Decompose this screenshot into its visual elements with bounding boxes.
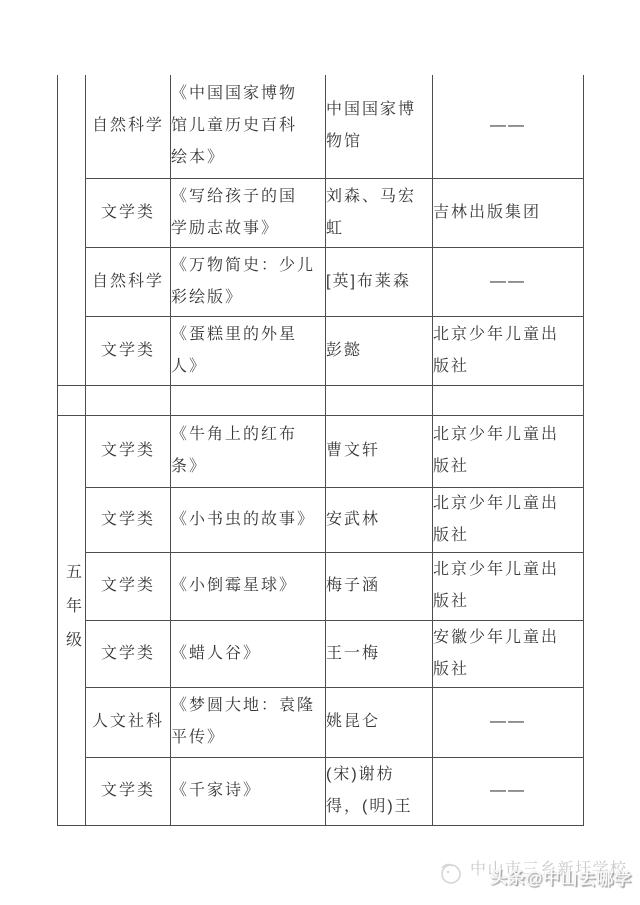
reading-list-table: 自然科学 《中国国家博物 馆儿童历史百科 绘本》 中国国家博 物馆 —— 文学类… xyxy=(57,75,584,826)
category-cell: 文学类 xyxy=(86,415,171,487)
grade-cell-upper xyxy=(58,75,86,385)
title-cell: 《千家诗》 xyxy=(171,757,326,825)
publisher-cell: 安徽少年儿童出 版社 xyxy=(433,620,584,687)
publisher-cell: 北京少年儿童出 版社 xyxy=(433,415,584,487)
title-cell: 《小倒霉星球》 xyxy=(171,552,326,620)
author-cell: 姚昆仑 xyxy=(326,687,433,757)
watermark-area: 中山市三乡新圩学校 头条@中山去哪学 xyxy=(438,853,640,903)
publisher-cell: 北京少年儿童出 版社 xyxy=(433,487,584,552)
title-cell: 《中国国家博物 馆儿童历史百科 绘本》 xyxy=(171,75,326,178)
empty-cell xyxy=(86,385,171,415)
title-cell: 《蛋糕里的外星 人》 xyxy=(171,316,326,385)
grade-label: 五年级 xyxy=(59,563,85,665)
title-cell: 《梦圆大地：袁隆 平传》 xyxy=(171,687,326,757)
category-cell: 自然科学 xyxy=(86,75,171,178)
category-cell: 人文社科 xyxy=(86,687,171,757)
author-cell: 曹文轩 xyxy=(326,415,433,487)
author-cell: 王一梅 xyxy=(326,620,433,687)
watermark-logo-icon xyxy=(438,860,464,886)
empty-cell xyxy=(433,385,584,415)
title-cell: 《万物简史：少儿 彩绘版》 xyxy=(171,247,326,316)
empty-cell xyxy=(58,385,86,415)
grade-cell-fifth-grade: 五年级 xyxy=(58,415,86,825)
publisher-cell: 北京少年儿童出 版社 xyxy=(433,316,584,385)
table-row: 人文社科 《梦圆大地：袁隆 平传》 姚昆仑 —— xyxy=(58,687,584,757)
author-cell: 安武林 xyxy=(326,487,433,552)
author-cell: 刘森、马宏 虹 xyxy=(326,178,433,247)
separator-row xyxy=(58,385,584,415)
reading-list-table-container: 自然科学 《中国国家博物 馆儿童历史百科 绘本》 中国国家博 物馆 —— 文学类… xyxy=(57,75,584,826)
table-row: 自然科学 《万物简史：少儿 彩绘版》 [英]布莱森 —— xyxy=(58,247,584,316)
author-cell: 彭懿 xyxy=(326,316,433,385)
toutiao-watermark-text: 头条@中山去哪学 xyxy=(490,863,632,890)
publisher-cell: —— xyxy=(433,75,584,178)
table-row: 文学类 《写给孩子的国 学励志故事》 刘森、马宏 虹 吉林出版集团 xyxy=(58,178,584,247)
publisher-cell: 北京少年儿童出 版社 xyxy=(433,552,584,620)
author-cell: (宋)谢枋 得，(明)王 xyxy=(326,757,433,825)
empty-cell xyxy=(326,385,433,415)
publisher-cell: —— xyxy=(433,247,584,316)
table-row: 文学类 《小书虫的故事》 安武林 北京少年儿童出 版社 xyxy=(58,487,584,552)
table-row: 自然科学 《中国国家博物 馆儿童历史百科 绘本》 中国国家博 物馆 —— xyxy=(58,75,584,178)
title-cell: 《蜡人谷》 xyxy=(171,620,326,687)
table-row: 文学类 《千家诗》 (宋)谢枋 得，(明)王 —— xyxy=(58,757,584,825)
table-row: 文学类 《蜡人谷》 王一梅 安徽少年儿童出 版社 xyxy=(58,620,584,687)
publisher-cell: 吉林出版集团 xyxy=(433,178,584,247)
category-cell: 文学类 xyxy=(86,552,171,620)
empty-cell xyxy=(171,385,326,415)
title-cell: 《牛角上的红布 条》 xyxy=(171,415,326,487)
category-cell: 文学类 xyxy=(86,620,171,687)
title-cell: 《小书虫的故事》 xyxy=(171,487,326,552)
category-cell: 文学类 xyxy=(86,178,171,247)
category-cell: 自然科学 xyxy=(86,247,171,316)
author-cell: 梅子涵 xyxy=(326,552,433,620)
title-cell: 《写给孩子的国 学励志故事》 xyxy=(171,178,326,247)
category-cell: 文学类 xyxy=(86,316,171,385)
author-cell: 中国国家博 物馆 xyxy=(326,75,433,178)
publisher-cell: —— xyxy=(433,687,584,757)
table-row: 文学类 《蛋糕里的外星 人》 彭懿 北京少年儿童出 版社 xyxy=(58,316,584,385)
table-row: 五年级 文学类 《牛角上的红布 条》 曹文轩 北京少年儿童出 版社 xyxy=(58,415,584,487)
table-row: 文学类 《小倒霉星球》 梅子涵 北京少年儿童出 版社 xyxy=(58,552,584,620)
category-cell: 文学类 xyxy=(86,757,171,825)
category-cell: 文学类 xyxy=(86,487,171,552)
publisher-cell: —— xyxy=(433,757,584,825)
author-cell: [英]布莱森 xyxy=(326,247,433,316)
